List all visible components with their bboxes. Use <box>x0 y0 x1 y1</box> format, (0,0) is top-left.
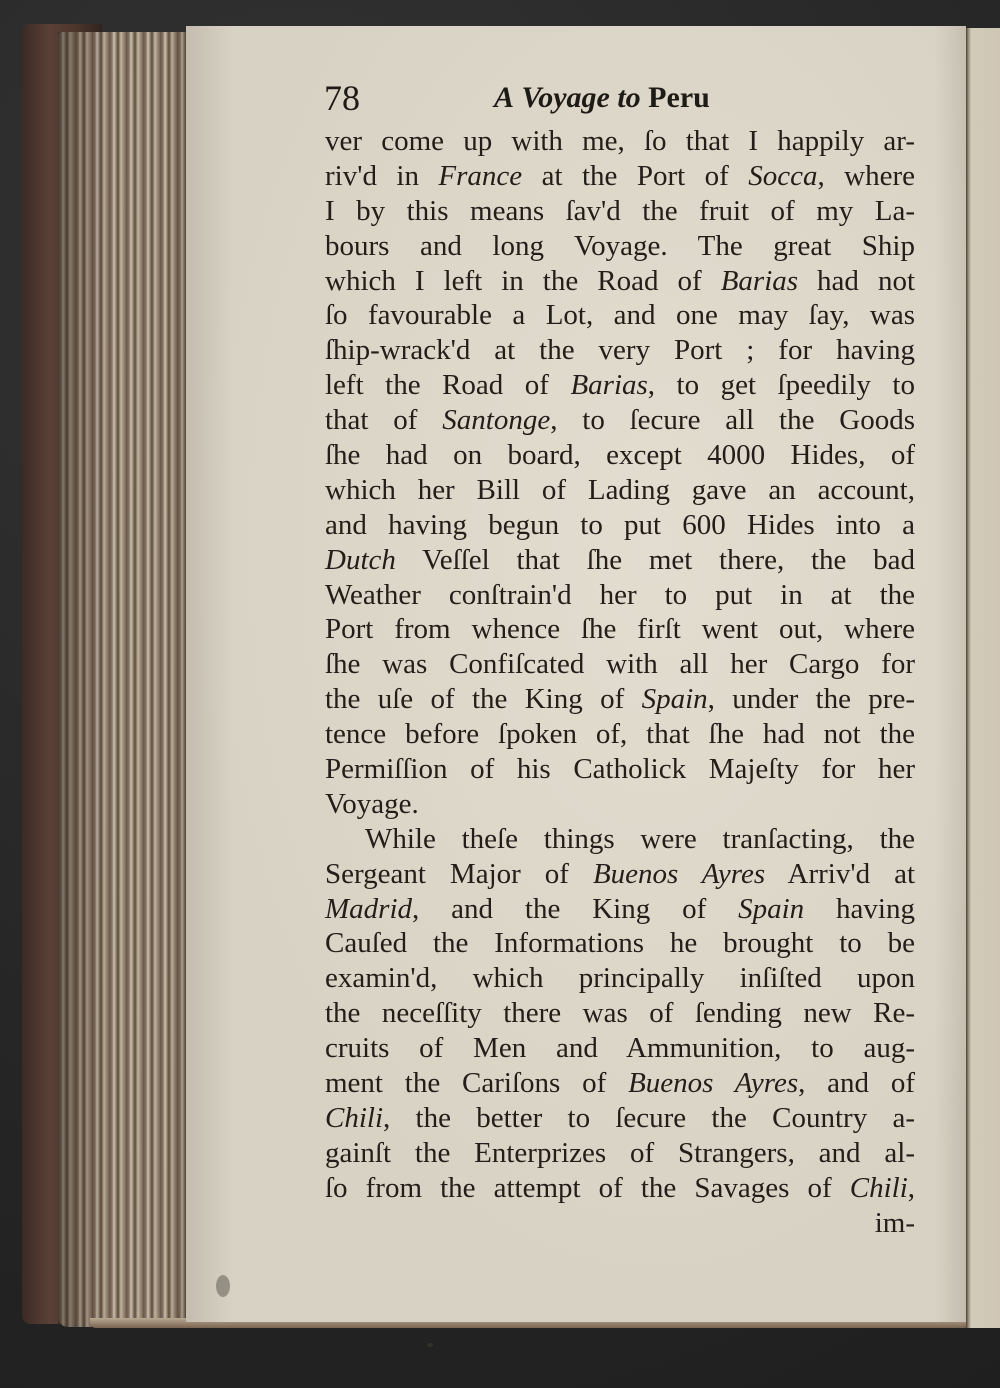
text-run: which I left in the Road of <box>325 265 721 297</box>
text-run: Cauſed the Informations he brought to be <box>325 927 915 959</box>
text-line: left the Road of Barias, to get ſpeedily… <box>325 368 915 403</box>
text-run: bours and long Voyage. The great Ship <box>325 230 915 262</box>
text-run: at the Port of <box>522 160 748 192</box>
italic-text: Chili <box>325 1102 383 1134</box>
body-text: ver come up with me, ſo that I happily a… <box>325 124 915 1241</box>
text-run: the neceſſity there was of ſending new R… <box>325 997 915 1029</box>
italic-text: Barias <box>570 369 647 401</box>
text-line: ſhe was Confiſcated with all her Cargo f… <box>325 647 915 682</box>
italic-text: Dutch <box>325 544 396 576</box>
text-run: ſhe was Confiſcated with all her Cargo f… <box>325 648 915 680</box>
text-run: tence before ſpoken of, that ſhe had not… <box>325 718 915 750</box>
text-line: Voyage. <box>325 787 915 822</box>
italic-text: Socca <box>748 160 817 192</box>
text-line: gainſt the Enterprizes of Strangers, and… <box>325 1136 915 1171</box>
text-run: Port from whence ſhe firſt went out, whe… <box>325 613 915 645</box>
text-line: the neceſſity there was of ſending new R… <box>325 996 915 1031</box>
text-run: Permiſſion of his Catholick Majeſty for … <box>325 753 915 785</box>
text-line: While theſe things were tranſacting, the <box>325 822 915 857</box>
text-line: ſo favourable a Lot, and one may ſay, wa… <box>325 298 915 333</box>
italic-text: Buenos Ayres <box>593 858 765 890</box>
text-line: ver come up with me, ſo that I happily a… <box>325 124 915 159</box>
text-run: ſo from the attempt of the Savages of <box>325 1172 850 1204</box>
text-run: that of <box>325 404 442 436</box>
text-run: riv'd in <box>325 160 438 192</box>
text-line: tence before ſpoken of, that ſhe had not… <box>325 717 915 752</box>
text-run: ſo favourable a Lot, and one may ſay, wa… <box>325 299 915 331</box>
text-run: which her Bill of Lading gave an account… <box>325 474 915 506</box>
text-run: , to get ſpeedily to <box>648 369 915 401</box>
running-title-roman: Peru <box>648 81 710 114</box>
text-run: ſhe had on board, except 4000 Hides, of <box>325 439 915 471</box>
text-run: had not <box>798 265 915 297</box>
text-run: Arriv'd at <box>765 858 915 890</box>
text-line: Madrid, and the King of Spain having <box>325 892 915 927</box>
text-run: Veſſel that ſhe met there, the bad <box>396 544 915 576</box>
running-title-italic: Voyage to <box>522 81 641 114</box>
italic-text: Barias <box>721 265 798 297</box>
text-run: gainſt the Enterprizes of Strangers, and… <box>325 1137 915 1169</box>
text-line: ſo from the attempt of the Savages of Ch… <box>325 1171 915 1206</box>
text-line: ment the Cariſons of Buenos Ayres, and o… <box>325 1066 915 1101</box>
text-line: ſhip-wrack'd at the very Port ; for havi… <box>325 333 915 368</box>
italic-text: Madrid <box>325 893 412 925</box>
facing-page-edge <box>966 28 1000 1328</box>
text-line: and having begun to put 600 Hides into a <box>325 508 915 543</box>
text-run: , under the pre- <box>708 683 915 715</box>
text-line: cruits of Men and Ammunition, to aug- <box>325 1031 915 1066</box>
italic-text: France <box>438 160 522 192</box>
text-line: which I left in the Road of Barias had n… <box>325 264 915 299</box>
italic-text: Spain <box>738 893 804 925</box>
text-run: Weather conſtrain'd her to put in at the <box>325 579 915 611</box>
text-line: Port from whence ſhe firſt went out, whe… <box>325 612 915 647</box>
text-line: the uſe of the King of Spain, under the … <box>325 682 915 717</box>
text-line: Permiſſion of his Catholick Majeſty for … <box>325 752 915 787</box>
page-number: 78 <box>324 76 360 120</box>
text-run: , and the King of <box>412 893 738 925</box>
italic-text: Spain <box>642 683 708 715</box>
text-run: I by this means ſav'd the fruit of my La… <box>325 195 915 227</box>
text-run: , the better to ſecure the Country a- <box>383 1102 915 1134</box>
text-run: Sergeant Major of <box>325 858 593 890</box>
text-run: , where <box>817 160 915 192</box>
text-run: Voyage. <box>325 788 419 820</box>
text-run: and having begun to put 600 Hides into a <box>325 509 915 541</box>
text-line: Chili, the better to ſecure the Country … <box>325 1101 915 1136</box>
page-header: 78 A Voyage to Peru <box>322 76 922 120</box>
text-line: which her Bill of Lading gave an account… <box>325 473 915 508</box>
text-line: Cauſed the Informations he brought to be <box>325 926 915 961</box>
text-line: Sergeant Major of Buenos Ayres Arriv'd a… <box>325 857 915 892</box>
italic-text: Buenos Ayres <box>628 1067 798 1099</box>
page-edges-fore-edge <box>58 32 188 1327</box>
text-run: ment the Cariſons of <box>325 1067 628 1099</box>
text-line: examin'd, which principally inſiſted upo… <box>325 961 915 996</box>
catchword: im- <box>325 1206 915 1241</box>
text-run: ver come up with me, ſo that I happily a… <box>325 125 915 157</box>
italic-text: Chili <box>850 1172 908 1204</box>
text-line: ſhe had on board, except 4000 Hides, of <box>325 438 915 473</box>
text-run: ſhip-wrack'd at the very Port ; for havi… <box>325 334 915 366</box>
foxing-spot <box>427 1343 433 1347</box>
text-line: bours and long Voyage. The great Ship <box>325 229 915 264</box>
running-title-article: A <box>494 81 514 114</box>
text-line: I by this means ſav'd the fruit of my La… <box>325 194 915 229</box>
text-run: , and of <box>798 1067 915 1099</box>
text-run: examin'd, which principally inſiſted upo… <box>325 962 915 994</box>
text-line: Dutch Veſſel that ſhe met there, the bad <box>325 543 915 578</box>
text-run: , <box>908 1172 915 1204</box>
italic-text: Santonge <box>442 404 550 436</box>
text-line: riv'd in France at the Port of Socca, wh… <box>325 159 915 194</box>
text-line: that of Santonge, to ſecure all the Good… <box>325 403 915 438</box>
text-run: While theſe things were tranſacting, the <box>365 823 915 855</box>
text-run: cruits of Men and Ammunition, to aug- <box>325 1032 915 1064</box>
foxing-spot <box>216 1275 230 1297</box>
text-run: the uſe of the King of <box>325 683 642 715</box>
text-run: having <box>804 893 915 925</box>
running-title: A Voyage to Peru <box>494 76 710 120</box>
text-run: left the Road of <box>325 369 570 401</box>
text-run: , to ſecure all the Goods <box>550 404 915 436</box>
text-line: Weather conſtrain'd her to put in at the <box>325 578 915 613</box>
